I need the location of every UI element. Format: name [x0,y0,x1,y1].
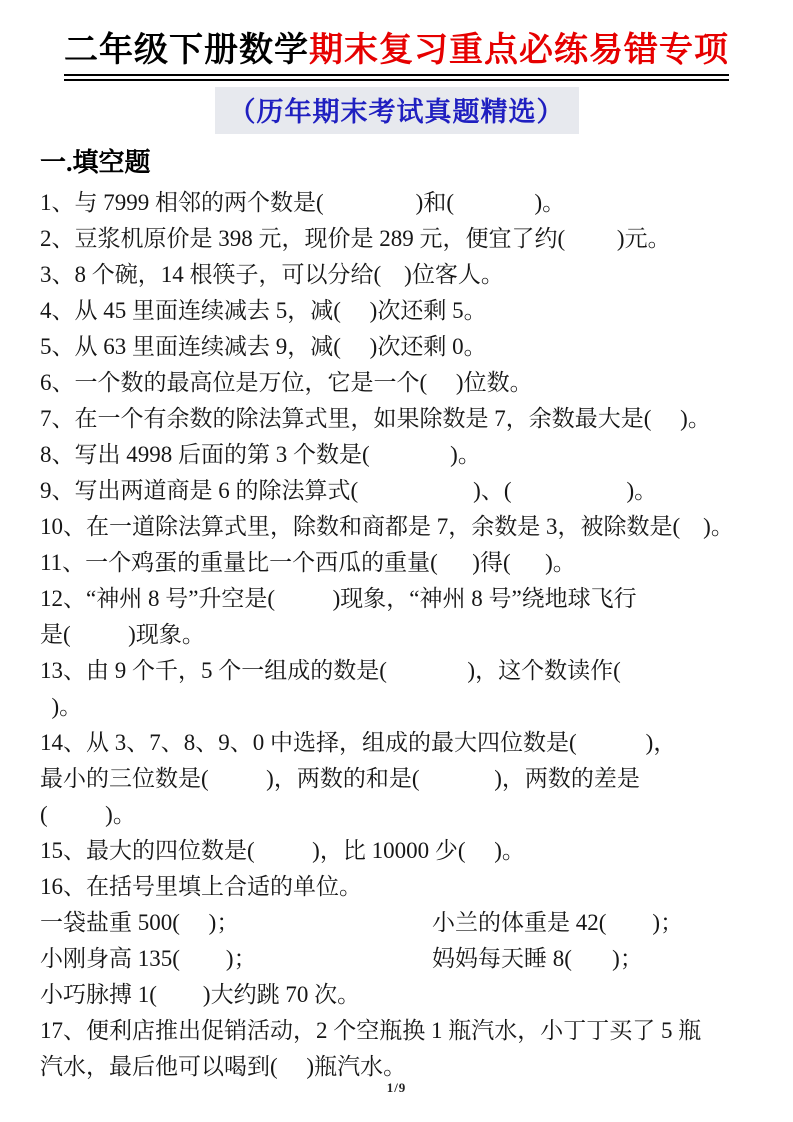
question-9: 9、写出两道商是 6 的除法算式( )、( )。 [40,473,753,509]
subtitle: （历年期末考试真题精选） [215,87,579,134]
question-12: 12、“神州 8 号”升空是( )现象，“神州 8 号”绕地球飞行 是( )现象… [40,581,753,653]
question-10: 10、在一道除法算式里，除数和商都是 7，余数是 3，被除数是( )。 [40,509,753,545]
section-heading: 一.填空题 [40,142,753,179]
question-13: 13、由 9 个千，5 个一组成的数是( )，这个数读作( )。 [40,653,753,725]
question-line: 7、在一个有余数的除法算式里，如果除数是 7，余数最大是( )。 [40,401,753,437]
question-14: 14、从 3、7、8、9、0 中选择，组成的最大四位数是( )， 最小的三位数是… [40,725,753,833]
unit-right-cell: 妈妈每天睡 8( )； [432,941,643,977]
unit-row: 小刚身高 135( )；妈妈每天睡 8( )； [40,941,753,977]
question-line: 13、由 9 个千，5 个一组成的数是( )，这个数读作( [40,653,753,689]
page-number: 1/9 [0,1080,793,1096]
page-title-wrap: 二年级下册数学期末复习重点必练易错专项 [40,30,753,81]
question-list: 1、与 7999 相邻的两个数是( )和( )。 2、豆浆机原价是 398 元，… [40,185,753,1085]
question-17: 17、便利店推出促销活动，2 个空瓶换 1 瓶汽水，小丁丁买了 5 瓶 汽水，最… [40,1013,753,1085]
title-topic-part: 期末复习重点必练易错专项 [309,32,729,69]
question-line: 10、在一道除法算式里，除数和商都是 7，余数是 3，被除数是( )。 [40,509,753,545]
question-line: 14、从 3、7、8、9、0 中选择，组成的最大四位数是( )， [40,725,753,761]
question-5: 5、从 63 里面连续减去 9，减( )次还剩 0。 [40,329,753,365]
question-15: 15、最大的四位数是( )，比 10000 少( )。 [40,833,753,869]
question-line: 3、8 个碗，14 根筷子，可以分给( )位客人。 [40,257,753,293]
question-line: 12、“神州 8 号”升空是( )现象，“神州 8 号”绕地球飞行 [40,581,753,617]
unit-left-cell: 小巧脉搏 1( )大约跳 70 次。 [40,977,432,1013]
question-1: 1、与 7999 相邻的两个数是( )和( )。 [40,185,753,221]
question-8: 8、写出 4998 后面的第 3 个数是( )。 [40,437,753,473]
question-line: 5、从 63 里面连续减去 9，减( )次还剩 0。 [40,329,753,365]
question-line: )。 [40,689,753,725]
question-4: 4、从 45 里面连续减去 5，减( )次还剩 5。 [40,293,753,329]
title-grade-part: 二年级下册数学 [64,32,309,69]
question-6: 6、一个数的最高位是万位，它是一个( )位数。 [40,365,753,401]
question-line: 4、从 45 里面连续减去 5，减( )次还剩 5。 [40,293,753,329]
subtitle-wrap: （历年期末考试真题精选） [40,87,753,134]
unit-row: 小巧脉搏 1( )大约跳 70 次。 [40,977,753,1013]
question-line: 16、在括号里填上合适的单位。 [40,869,753,905]
question-line: ( )。 [40,797,753,833]
page-title: 二年级下册数学期末复习重点必练易错专项 [64,30,729,81]
question-line: 17、便利店推出促销活动，2 个空瓶换 1 瓶汽水，小丁丁买了 5 瓶 [40,1013,753,1049]
question-line: 是( )现象。 [40,617,753,653]
question-11: 11、一个鸡蛋的重量比一个西瓜的重量( )得( )。 [40,545,753,581]
worksheet-page: 二年级下册数学期末复习重点必练易错专项 （历年期末考试真题精选） 一.填空题 1… [0,0,793,1122]
question-line: 最小的三位数是( )，两数的和是( )，两数的差是 [40,761,753,797]
question-line: 11、一个鸡蛋的重量比一个西瓜的重量( )得( )。 [40,545,753,581]
question-16: 16、在括号里填上合适的单位。 一袋盐重 500( )；小兰的体重是 42( )… [40,869,753,1013]
unit-left-cell: 小刚身高 135( )； [40,941,432,977]
question-line: 8、写出 4998 后面的第 3 个数是( )。 [40,437,753,473]
unit-row: 一袋盐重 500( )；小兰的体重是 42( )； [40,905,753,941]
question-line: 6、一个数的最高位是万位，它是一个( )位数。 [40,365,753,401]
question-line: 15、最大的四位数是( )，比 10000 少( )。 [40,833,753,869]
question-line: 2、豆浆机原价是 398 元，现价是 289 元，便宜了约( )元。 [40,221,753,257]
question-line: 9、写出两道商是 6 的除法算式( )、( )。 [40,473,753,509]
question-line: 1、与 7999 相邻的两个数是( )和( )。 [40,185,753,221]
unit-left-cell: 一袋盐重 500( )； [40,905,432,941]
question-3: 3、8 个碗，14 根筷子，可以分给( )位客人。 [40,257,753,293]
unit-right-cell: 小兰的体重是 42( )； [432,905,683,941]
question-2: 2、豆浆机原价是 398 元，现价是 289 元，便宜了约( )元。 [40,221,753,257]
question-7: 7、在一个有余数的除法算式里，如果除数是 7，余数最大是( )。 [40,401,753,437]
